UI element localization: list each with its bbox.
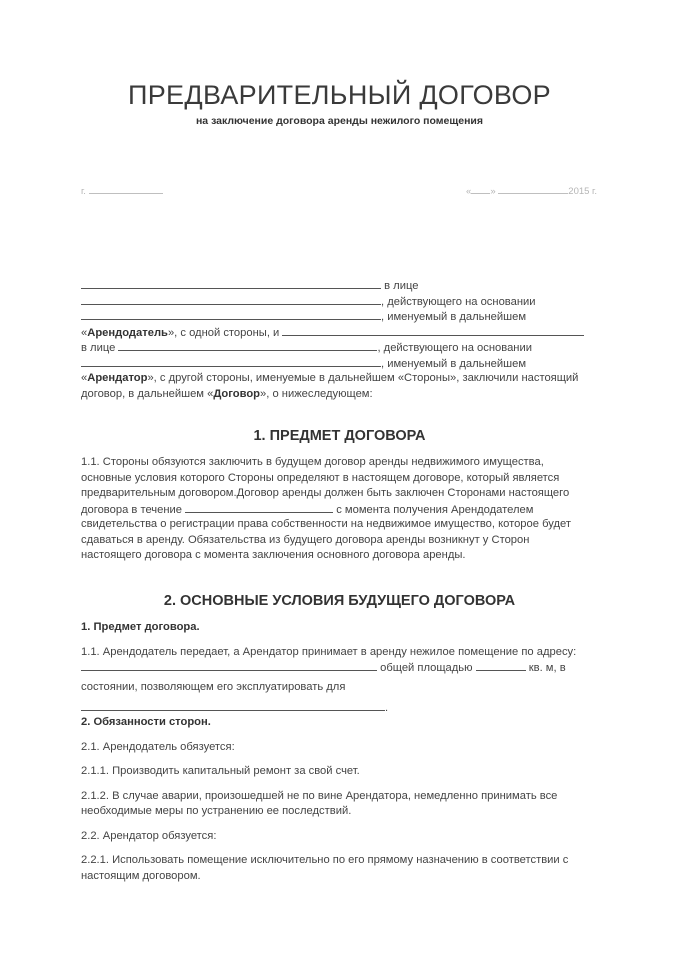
parties-text: в лице xyxy=(384,280,418,292)
parties-line: в лице , действующего на основании xyxy=(81,340,601,356)
date-quote-close: » xyxy=(490,186,495,197)
paragraph-line: 1.1. Арендодатель передает, а Арендатор … xyxy=(81,645,601,661)
parties-text: », с другой стороны, именуемые в дальней… xyxy=(147,372,578,384)
paragraph-line: настоящего договора с момента заключения… xyxy=(81,548,601,564)
paragraph-line: настоящим договором. xyxy=(81,869,601,885)
parties-text: , действующего на основании xyxy=(377,342,532,354)
parties-block: в лице , действующего на основании , име… xyxy=(81,278,601,402)
section-2-heading: 2. ОСНОВНЫЕ УСЛОВИЯ БУДУЩЕГО ДОГОВОРА xyxy=(0,593,679,609)
paragraph-line: состоянии, позволяющем его эксплуатирова… xyxy=(81,680,601,696)
term-prefix: договора в течение xyxy=(81,504,182,516)
address-blank[interactable] xyxy=(81,660,377,671)
paragraph-line: 2.2. Арендатор обязуется: xyxy=(81,829,601,845)
lessee-name-blank[interactable] xyxy=(282,325,584,336)
day-blank[interactable] xyxy=(471,183,490,194)
parties-line: «Арендатор», с другой стороны, именуемые… xyxy=(81,371,601,387)
parties-line: , действующего на основании xyxy=(81,294,601,310)
paragraph-line: сдаваться в аренду. Обязательства из буд… xyxy=(81,533,601,549)
parties-line: «Арендодатель», с одной стороны, и xyxy=(81,325,601,341)
paragraph-line: . xyxy=(81,700,601,716)
parties-text: в лице xyxy=(81,342,115,354)
purpose-blank[interactable] xyxy=(81,700,385,711)
city-blank[interactable] xyxy=(89,183,163,194)
document-subtitle: на заключение договора аренды нежилого п… xyxy=(0,115,679,127)
paragraph-line: необходимые меры по устранению ее послед… xyxy=(81,804,601,820)
lessee-basis-blank[interactable] xyxy=(81,356,381,367)
contract-term: Договор xyxy=(213,388,260,400)
parties-line: в лице xyxy=(81,278,601,294)
paragraph-line: 2.1.1. Производить капитальный ремонт за… xyxy=(81,764,601,780)
lessor-representative-blank[interactable] xyxy=(81,294,381,305)
paragraph-line: общей площадью кв. м, в xyxy=(81,660,601,676)
lessee-representative-blank[interactable] xyxy=(118,340,377,351)
city-field: г. xyxy=(81,183,163,197)
parties-text: , именуемый в дальнейшем xyxy=(381,358,526,370)
section-2-body: 1. Предмет договора. 1.1. Арендодатель п… xyxy=(81,620,601,716)
parties-text: », с одной стороны, и xyxy=(168,327,279,339)
parties-line: , именуемый в дальнейшем xyxy=(81,309,601,325)
area-blank[interactable] xyxy=(476,660,526,671)
document-title: ПРЕДВАРИТЕЛЬНЫЙ ДОГОВОР xyxy=(0,80,679,111)
section-2-obligations: 2. Обязанности сторон. 2.1. Арендодатель… xyxy=(81,715,601,884)
paragraph-line: 2.2.1. Использовать помещение исключител… xyxy=(81,853,601,869)
document-page: ПРЕДВАРИТЕЛЬНЫЙ ДОГОВОР на заключение до… xyxy=(0,0,679,960)
paragraph-line: 2.1.2. В случае аварии, произошедшей не … xyxy=(81,789,601,805)
section-1-body: 1.1. Стороны обязуются заключить в будущ… xyxy=(81,455,601,564)
paragraph-line: предварительным договором.Договор аренды… xyxy=(81,486,601,502)
date-field: «» 2015 г. xyxy=(466,183,597,197)
paragraph-line: основные условия которого Стороны опреде… xyxy=(81,471,601,487)
term-blank[interactable] xyxy=(185,502,333,513)
paragraph-line: свидетельства о регистрации права собств… xyxy=(81,517,601,533)
parties-text: , действующего на основании xyxy=(381,296,536,308)
lessee-term: Арендатор xyxy=(87,372,147,384)
parties-line: договор, в дальнейшем «Договор», о нижес… xyxy=(81,387,601,403)
lessor-name-blank[interactable] xyxy=(81,278,381,289)
lessor-term: Арендодатель xyxy=(87,327,168,339)
city-prefix: г. xyxy=(81,186,86,197)
term-suffix: с момента получения Арендодателем xyxy=(336,504,533,516)
date-year: 2015 г. xyxy=(568,186,597,197)
paragraph-line: 1.1. Стороны обязуются заключить в будущ… xyxy=(81,455,601,471)
section-1-heading: 1. ПРЕДМЕТ ДОГОВОРА xyxy=(0,428,679,444)
subsection-heading: 2. Обязанности сторон. xyxy=(81,715,601,731)
area-unit: кв. м, в xyxy=(529,662,566,674)
paragraph-line: договора в течение с момента получения А… xyxy=(81,502,601,518)
paragraph-line: 2.1. Арендодатель обязуется: xyxy=(81,740,601,756)
month-blank[interactable] xyxy=(498,183,568,194)
lessor-basis-blank[interactable] xyxy=(81,309,381,320)
parties-line: , именуемый в дальнейшем xyxy=(81,356,601,372)
parties-text: договор, в дальнейшем « xyxy=(81,388,213,400)
paragraph-text: . xyxy=(385,702,388,714)
parties-text: », о нижеследующем: xyxy=(260,388,373,400)
parties-text: , именуемый в дальнейшем xyxy=(381,311,526,323)
area-label: общей площадью xyxy=(380,662,472,674)
subsection-heading: 1. Предмет договора. xyxy=(81,620,601,636)
